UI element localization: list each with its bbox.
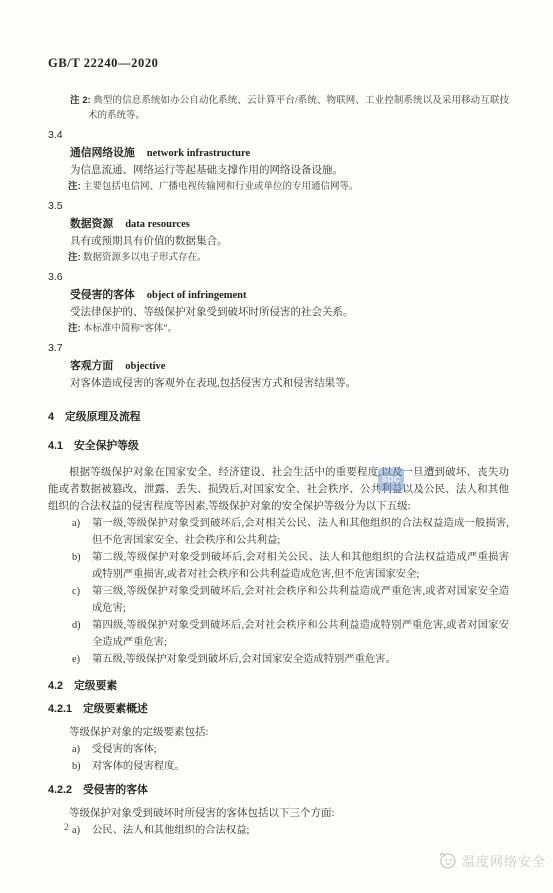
heading-title: 受侵害的客体 <box>83 784 148 796</box>
heading-number: 4.1 <box>48 440 63 452</box>
term-zh: 数据资源 <box>70 218 113 230</box>
list-text: 受侵害的客体; <box>92 741 509 758</box>
heading-number: 4.2.2 <box>48 784 72 796</box>
list-marker: a) <box>72 741 92 758</box>
term-zh: 受侵害的客体 <box>70 289 135 301</box>
list-text: 公民、法人和其他组织的合法权益; <box>92 822 509 839</box>
document-page: GB/T 22240—2020 注 2: 典型的信息系统如办公自动化系统、云计算… <box>0 0 553 893</box>
list-marker: c) <box>72 583 92 617</box>
heading-number: 4 <box>48 411 54 423</box>
heading-title: 定级要素 <box>74 680 117 692</box>
list-marker: b) <box>72 758 92 775</box>
list-item-level-4: d) 第四级,等级保护对象受到破坏后,会对社会秩序和公共利益造成特别严重危害,或… <box>72 617 509 651</box>
list-item-level-5: e) 第五级,等级保护对象受到破坏后,会对国家安全造成特别严重危害。 <box>72 651 509 668</box>
note-2: 注 2: 典型的信息系统如办公自动化系统、云计算平台/系统、物联网、工业控制系统… <box>70 93 509 124</box>
heading-4-1: 4.1安全保护等级 <box>48 438 509 455</box>
footer-watermark: 温度网络安全 <box>438 851 546 870</box>
list-text: 第三级,等级保护对象受到破坏后,会对社会秩序和公共利益造成严重危害,或者对国家安… <box>92 583 509 617</box>
protection-levels-list: a) 第一级,等级保护对象受到破坏后,会对相关公民、法人和其他组织的合法权益造成… <box>72 515 509 668</box>
section-3-6-number: 3.6 <box>48 269 509 285</box>
list-item-level-3: c) 第三级,等级保护对象受到破坏后,会对社会秩序和公共利益造成严重危害,或者对… <box>72 583 509 617</box>
term-en: object of infringement <box>147 290 247 301</box>
section-3-7-number: 3.7 <box>48 340 509 356</box>
term-en: network infrastructure <box>147 148 250 159</box>
list-text: 第五级,等级保护对象受到破坏后,会对国家安全造成特别严重危害。 <box>92 651 509 668</box>
list-item-factor-b: b) 对客体的侵害程度。 <box>72 758 509 775</box>
grading-factors-list: a) 受侵害的客体; b) 对客体的侵害程度。 <box>72 741 509 775</box>
note-text: 主要包括电信网、广播电视传输网和行业或单位的专用通信网等。 <box>83 182 359 192</box>
term-en: data resources <box>125 219 190 230</box>
heading-number: 4.2 <box>48 680 63 692</box>
infringed-objects-list: a) 公民、法人和其他组织的合法权益; <box>72 822 509 839</box>
note-text: 本标准中简称“客体”。 <box>83 324 177 334</box>
term-data-resources: 数据资源data resources <box>70 214 509 233</box>
list-item-object-a: a) 公民、法人和其他组织的合法权益; <box>72 822 509 839</box>
list-item-factor-a: a) 受侵害的客体; <box>72 741 509 758</box>
heading-4-2-2: 4.2.2受侵害的客体 <box>48 782 509 799</box>
section-3-5-number: 3.5 <box>48 198 509 214</box>
definition-3-4: 为信息流通、网络运行等起基础支撑作用的网络设备设施。 <box>70 162 509 179</box>
paragraph-4-2-2: 等级保护对象受到破坏时所侵害的客体包括以下三个方面: <box>48 805 509 822</box>
note-label: 注: <box>68 252 81 263</box>
term-objective: 客观方面objective <box>70 356 509 375</box>
paragraph-4-2-1: 等级保护对象的定级要素包括: <box>48 724 509 741</box>
note-3-6: 注: 本标准中简称“客体”。 <box>68 321 509 337</box>
note-2-text: 典型的信息系统如办公自动化系统、云计算平台/系统、物联网、工业控制系统以及采用移… <box>88 96 509 121</box>
definition-3-6: 受法律保护的、等级保护对象受到破坏时所侵害的社会关系。 <box>70 304 509 321</box>
page-number: 2 <box>64 823 69 833</box>
footer-watermark-text: 温度网络安全 <box>462 851 546 870</box>
list-text: 第二级,等级保护对象受到破坏后,会对相关公民、法人和其他组织的合法权益造成严重损… <box>92 549 509 583</box>
heading-title: 定级要素概述 <box>83 703 148 715</box>
term-object-of-infringement: 受侵害的客体object of infringement <box>70 285 509 304</box>
heading-4-2-1: 4.2.1定级要素概述 <box>48 701 509 718</box>
term-network-infrastructure: 通信网络设施network infrastructure <box>70 143 509 162</box>
paragraph-4-1: 根据等级保护对象在国家安全、经济建设、社会生活中的重要程度,以及一旦遭到破坏、丧… <box>48 464 509 515</box>
term-zh: 客观方面 <box>70 360 113 372</box>
term-en: objective <box>125 361 165 372</box>
heading-4-2: 4.2定级要素 <box>48 678 509 695</box>
chat-face-icon <box>438 852 457 869</box>
note-text: 数据资源多以电子形式存在。 <box>83 253 207 263</box>
note-label: 注: <box>68 323 81 334</box>
list-marker: d) <box>72 617 92 651</box>
heading-title: 安全保护等级 <box>74 440 139 452</box>
list-marker: a) <box>72 515 92 549</box>
heading-title: 定级原理及流程 <box>65 411 141 423</box>
heading-4: 4定级原理及流程 <box>48 409 509 426</box>
list-text: 第一级,等级保护对象受到破坏后,会对相关公民、法人和其他组织的合法权益造成一般损… <box>92 515 509 549</box>
term-zh: 通信网络设施 <box>70 147 135 159</box>
list-marker: e) <box>72 651 92 668</box>
note-2-body: 注 2: 典型的信息系统如办公自动化系统、云计算平台/系统、物联网、工业控制系统… <box>70 93 509 124</box>
note-3-5: 注: 数据资源多以电子形式存在。 <box>68 250 509 266</box>
note-label: 注: <box>68 181 81 192</box>
list-marker: b) <box>72 549 92 583</box>
list-text: 对客体的侵害程度。 <box>92 758 509 775</box>
note-2-label: 注 2: <box>70 95 91 106</box>
sdc-stamp-watermark: SDC <box>378 468 404 491</box>
heading-number: 4.2.1 <box>48 703 72 715</box>
list-text: 第四级,等级保护对象受到破坏后,会对社会秩序和公共利益造成特别严重危害,或者对国… <box>92 617 509 651</box>
list-item-level-1: a) 第一级,等级保护对象受到破坏后,会对相关公民、法人和其他组织的合法权益造成… <box>72 515 509 549</box>
list-item-level-2: b) 第二级,等级保护对象受到破坏后,会对相关公民、法人和其他组织的合法权益造成… <box>72 549 509 583</box>
doc-number-header: GB/T 22240—2020 <box>48 56 509 71</box>
section-3-4-number: 3.4 <box>48 127 509 143</box>
list-marker: a) <box>72 822 92 839</box>
note-3-4: 注: 主要包括电信网、广播电视传输网和行业或单位的专用通信网等。 <box>68 179 509 195</box>
definition-3-5: 具有或预期具有价值的数据集合。 <box>70 233 509 250</box>
definition-3-7: 对客体造成侵害的客观外在表现,包括侵害方式和侵害结果等。 <box>70 375 509 392</box>
